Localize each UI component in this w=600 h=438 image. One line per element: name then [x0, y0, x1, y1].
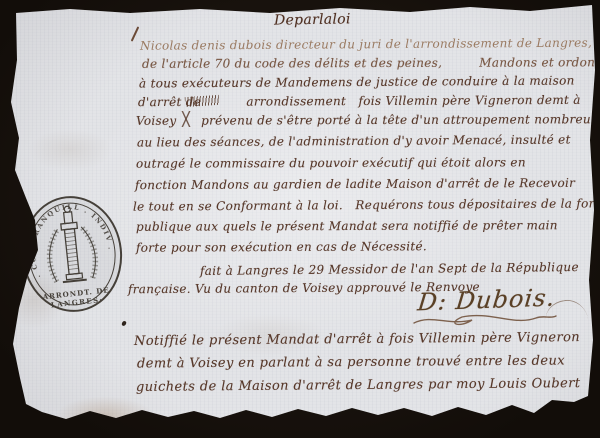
manuscript-line: publique aux quels le présent Mandat ser…	[136, 218, 558, 233]
manuscript-paper: Deparlaloi Nicolas denis dubois directeu…	[0, 0, 600, 438]
document-title: Deparlaloi	[274, 11, 351, 28]
manuscript-line: le tout en se Conformant à la loi. Requé…	[133, 196, 600, 213]
manuscript-line: au lieu des séances, de l'administration…	[137, 132, 571, 149]
pen-stroke-mark	[131, 26, 140, 41]
notification-line: demt à Voisey en parlant à sa personne t…	[137, 354, 565, 372]
ink-speck	[121, 320, 126, 326]
notification-line: guichets de la Maison d'arrêt de Langres…	[136, 376, 581, 395]
scratch-mark	[177, 111, 195, 127]
notification-line: Notiffié le présent Mandat d'arrêt à foi…	[134, 330, 580, 349]
manuscript-line: de l'article 70 du code des délits et de…	[142, 55, 600, 71]
manuscript-line: Nicolas denis dubois directeur du juri d…	[140, 35, 600, 53]
dateline: fait à Langres le 29 Messidor de l'an Se…	[200, 260, 579, 278]
signature-flourish	[410, 310, 560, 330]
manuscript-line: fonction Mandons au gardien de ladite Ma…	[135, 176, 575, 192]
manuscript-line: Voisey prévenu de s'être porté à la tête…	[136, 112, 598, 128]
official-stamp: . CO . TRANQUILL . INDIV . ARRONDT. DE L	[10, 186, 134, 321]
manuscript-line: forte pour son exécution en cas de Néces…	[136, 239, 427, 255]
manuscript-line: outragé le commissaire du pouvoir exécut…	[136, 155, 526, 170]
manuscript-line: à tous exécuteurs de Mandemens de justic…	[139, 73, 575, 90]
photo-background: Deparlaloi Nicolas denis dubois directeu…	[0, 0, 600, 438]
